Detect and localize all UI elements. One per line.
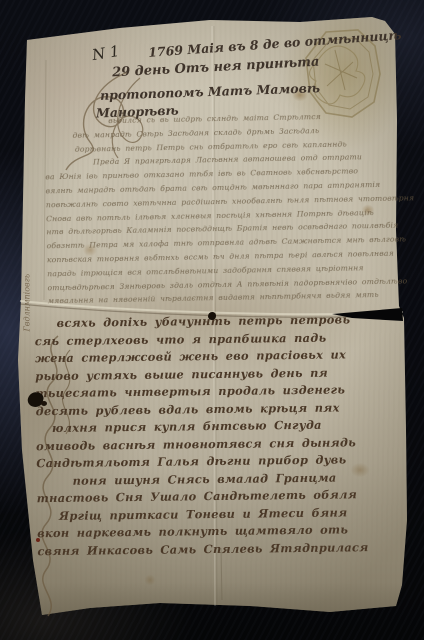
red-speck: [36, 538, 40, 542]
photograph: N 1 1769 Маія въ 8 де во отмѣнницѣ 29 де…: [0, 0, 424, 640]
fold-ink-speck: [208, 312, 216, 320]
margin-vertical-text: Гвдлнмпіовгь: [23, 222, 32, 332]
lower-text-block: всяхь допіхь убачуннть петрь петровь сяь…: [35, 311, 400, 560]
upper-text-block: вьбился сь вь шсдрѣ склндѣ маіта Стрѣлтс…: [44, 109, 396, 309]
ink-blot: [41, 401, 47, 406]
